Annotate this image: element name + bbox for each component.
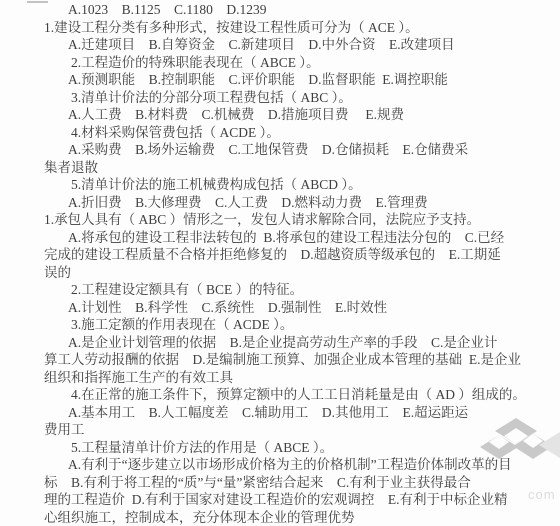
option-line: A.将承包的建设工程非法转包的 B.将承包的建设工程违法分包的 C.已经: [0, 229, 560, 247]
question-line: 3.施工定额的作用表现在（ ACDE ）。: [0, 316, 560, 334]
question-line: 5.工程量清单计价方法的作用是（ ABCE ）。: [0, 439, 560, 457]
text-line: 集者退散: [0, 159, 560, 177]
exam-text-block: A.1023 B.1125 C.1180 D.12391.建设工程分类有多种形式…: [0, 1, 560, 526]
option-line: A.有利于“逐步建立以市场形成价格为主的价格机制”工程造价体制改革的目: [0, 456, 560, 474]
option-line: A.折旧费 B.大修理费 C.人工费 D.燃料动力费 E.管理费: [0, 194, 560, 212]
option-line: A.预测职能 B.控制职能 C.评价职能 D.监督职能 E.调控职能: [0, 71, 560, 89]
text-line: 误的: [0, 264, 560, 282]
question-line: 4.在正常的施工条件下，预算定额中的人工工日消耗量是由（ AD ）组成的。: [0, 386, 560, 404]
text-line: 完成的建设工程质量不合格并拒绝修复的 D.超越资质等级承包的 E.工期延: [0, 246, 560, 264]
text-line: 标 B.有利于将工程的“质”与“量”紧密结合起来 C.有利于业主获得最合: [0, 474, 560, 492]
text-line: 1.承包人具有（ ABC ）情形之一，发包人请求解除合同，法院应予支持。: [0, 211, 560, 229]
option-line: A.迁建项目 B.自筹资金 C.新建项目 D.中外合资 E.改建项目: [0, 36, 560, 54]
text-line: 组织和指挥施工生产的有效工具: [0, 369, 560, 387]
question-line: 4.材料采购保管费包括（ ACDE ）。: [0, 124, 560, 142]
text-line: 1.建设工程分类有多种形式，按建设工程性质可分为（ ACE ）。: [0, 19, 560, 37]
text-line: 心组织施工，控制成本，充分体现本企业的管理优势: [0, 509, 560, 526]
question-line: 3.清单计价法的分部分项工程费包括（ ABC ）。: [0, 89, 560, 107]
option-line: A.1023 B.1125 C.1180 D.1239: [0, 1, 560, 19]
question-line: 2.工程造价的特殊职能表现在（ ABCE ）。: [0, 54, 560, 72]
option-line: A.采购费 B.场外运输费 C.工地保管费 D.仓储损耗 E.仓储费采: [0, 141, 560, 159]
text-line: 理的工程造价 D.有利于国家对建设工程造价的宏观调控 E.有利于中标企业精: [0, 491, 560, 509]
question-line: 2.工程建设定额具有（ BCE ）的特征。: [0, 281, 560, 299]
option-line: A.是企业计划管理的依据 B.是企业提高劳动生产率的手段 C.是企业计: [0, 334, 560, 352]
option-line: A.基本用工 B.人工幅度差 C.辅助用工 D.其他用工 E.超运距运: [0, 404, 560, 422]
text-line: 算工人劳动报酬的依据 D.是编制施工预算、加强企业成本管理的基础 E.是企业: [0, 351, 560, 369]
question-line: 5.清单计价法的施工机械费构成包括（ ABCD ）。: [0, 176, 560, 194]
document-page: com A.1023 B.1125 C.1180 D.12391.建设工程分类有…: [0, 0, 560, 526]
text-line: 费用工: [0, 421, 560, 439]
option-line: A.计划性 B.科学性 C.系统性 D.强制性 E.时效性: [0, 299, 560, 317]
option-line: A.人工费 B.材料费 C.机械费 D.措施项目费 E.规费: [0, 106, 560, 124]
